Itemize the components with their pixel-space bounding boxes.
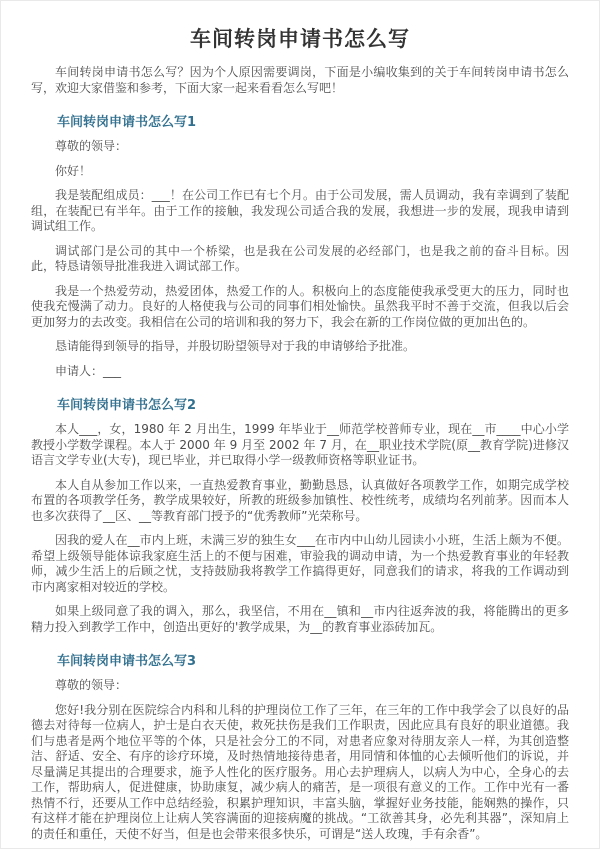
intro-paragraph: 车间转岗申请书怎么写？因为个人原因需要调岗，下面是小编收集到的关于车间转岗申请书… (31, 65, 569, 96)
paragraph: 如果上级同意了我的调入，那么，我坚信，不用在__镇和__市内往返奔波的我，将能腾… (31, 604, 569, 635)
paragraph: 调试部门是公司的其中一个桥梁，也是我在公司发展的必经部门，也是我之前的奋斗目标。… (31, 244, 569, 275)
paragraph: 因我的爱人在__市内上班，未满三岁的独生女___在市内中山幼儿园读小小班，生活上… (31, 533, 569, 595)
paragraph: 你好！ (31, 164, 569, 180)
paragraph: 申请人：___ (31, 364, 569, 380)
document-body: 车间转岗申请书怎么写1尊敬的领导：你好！我是装配组成员：___！在公司工作已有七… (31, 111, 569, 842)
section-heading: 车间转岗申请书怎么写3 (31, 650, 569, 669)
paragraph: 我是一个热爱劳动，热爱团体，热爱工作的人。积极向上的态度能使我承受更大的压力，同… (31, 284, 569, 331)
paragraph: 本人___，女，1980 年 2 月出生，1999 年毕业于__师范学校普师专业… (31, 422, 569, 469)
application-section: 车间转岗申请书怎么写3尊敬的领导：您好!我分别在医院综合内科和儿科的护理岗位工作… (31, 650, 569, 842)
paragraph: 恳请能得到领导的指导，并殷切盼望领导对于我的申请够给予批准。 (31, 339, 569, 355)
application-section: 车间转岗申请书怎么写1尊敬的领导：你好！我是装配组成员：___！在公司工作已有七… (31, 111, 569, 379)
paragraph: 尊敬的领导： (31, 678, 569, 694)
section-heading: 车间转岗申请书怎么写1 (31, 111, 569, 130)
paragraph: 本人自从参加工作以来，一直热爱教育事业，勤勤恳恳，认真做好各项教学工作，如期完成… (31, 478, 569, 525)
paragraph: 您好!我分别在医院综合内科和儿科的护理岗位工作了三年，在三年的工作中我学会了以良… (31, 703, 569, 843)
application-section: 车间转岗申请书怎么写2本人___，女，1980 年 2 月出生，1999 年毕业… (31, 394, 569, 635)
page-title: 车间转岗申请书怎么写 (31, 23, 569, 53)
paragraph: 尊敬的领导： (31, 139, 569, 155)
section-heading: 车间转岗申请书怎么写2 (31, 394, 569, 413)
article-page: 车间转岗申请书怎么写 车间转岗申请书怎么写？因为个人原因需要调岗，下面是小编收集… (1, 1, 599, 842)
paragraph: 我是装配组成员：___！在公司工作已有七个月。由于公司发展，需人员调动，我有幸调… (31, 188, 569, 235)
